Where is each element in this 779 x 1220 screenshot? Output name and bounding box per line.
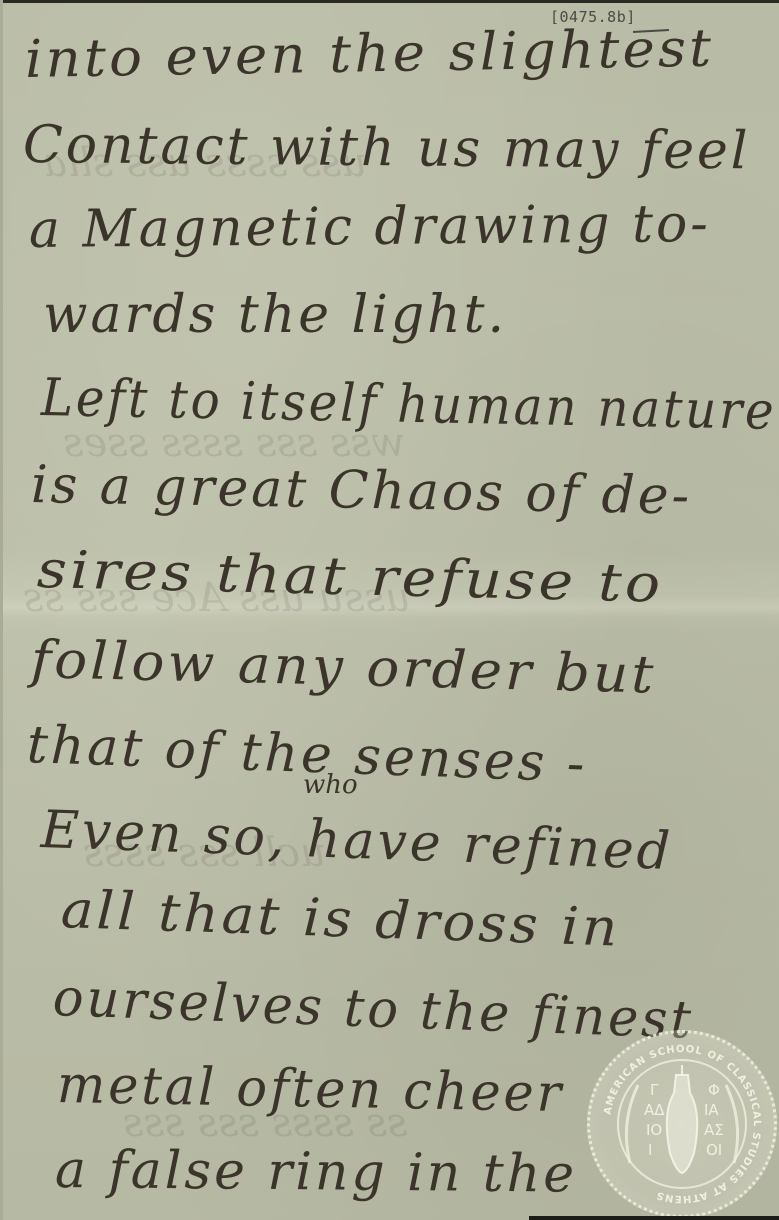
handwritten-line-4: wards the light. <box>43 285 507 345</box>
seal-emblem-icon: AMERICAN SCHOOL OF CLASSICAL STUDIES AT … <box>590 1033 774 1215</box>
svg-text:ΟΙ: ΟΙ <box>706 1141 722 1159</box>
scan-top-edge <box>3 0 779 3</box>
handwritten-line-13: metal often cheer <box>56 1055 564 1124</box>
svg-text:Φ: Φ <box>708 1081 720 1099</box>
letter-page: uss ssss uss slla wss sss ssss sses ussu… <box>0 0 779 1220</box>
svg-text:ΑΣ: ΑΣ <box>704 1121 724 1139</box>
interlinear-insertion: who <box>303 770 358 800</box>
svg-text:Γ: Γ <box>650 1081 659 1099</box>
handwritten-line-14: a false ring in the <box>55 1140 578 1205</box>
handwritten-line-3: a Magnetic drawing to- <box>29 194 711 260</box>
svg-text:Ι: Ι <box>648 1141 652 1159</box>
svg-text:ΑΔ: ΑΔ <box>644 1101 665 1119</box>
handwritten-line-2: Contact with us may feel <box>23 115 751 181</box>
svg-text:ΙΟ: ΙΟ <box>646 1121 662 1139</box>
handwritten-line-11: all that is dross in <box>60 880 621 959</box>
scan-bottom-edge <box>529 1216 779 1220</box>
handwritten-line-6: is a great Chaos of de- <box>30 455 692 527</box>
svg-text:ΙΑ: ΙΑ <box>704 1101 719 1119</box>
handwritten-line-8: follow any order but <box>30 630 657 706</box>
institution-seal-stamp: AMERICAN SCHOOL OF CLASSICAL STUDIES AT … <box>587 1030 777 1218</box>
handwritten-line-1: into even the slightest <box>24 19 714 90</box>
